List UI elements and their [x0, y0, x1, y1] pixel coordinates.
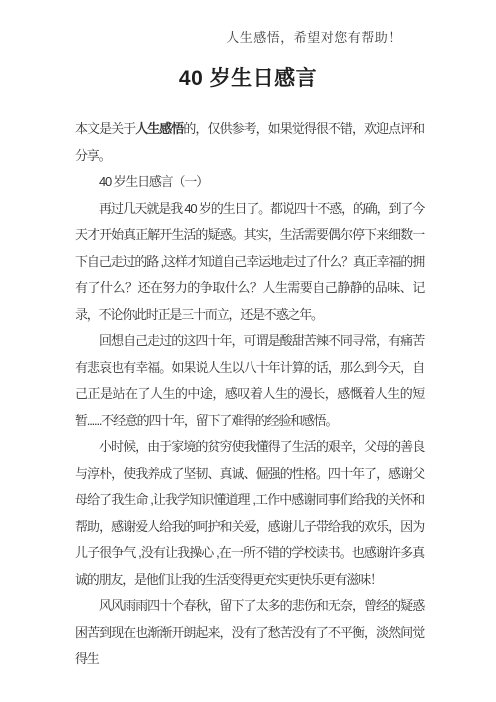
body-paragraph-1: 再过几天就是我 40 岁的生日了。都说四十不惑，的确，到了今天才开始真正解开生活…	[75, 196, 424, 329]
body-paragraph-3: 小时候，由于家境的贫穷使我懂得了生活的艰辛，父母的善良与淳朴，使我养成了坚韧、真…	[75, 434, 424, 593]
body-paragraph-4: 风风雨雨四十个春秋，留下了太多的悲伤和无奈，曾经的疑惑困苦到现在也渐渐开朗起来，…	[75, 593, 424, 673]
body-paragraph-2: 回想自己走过的这四十年，可谓是酸甜苦辣不同寻常，有痛苦有悲哀也有幸福。如果说人生…	[75, 328, 424, 434]
intro-bold-keyword: 人生感悟	[135, 121, 183, 136]
document-header-note: 人生感悟，希望对您有帮助！	[0, 0, 496, 45]
intro-paragraph: 本文是关于人生感悟的，仅供参考，如果觉得很不错，欢迎点评和分享。	[75, 116, 424, 169]
page-title: 40 岁生日感言	[0, 68, 496, 90]
document-body: 本文是关于人生感悟的，仅供参考，如果觉得很不错，欢迎点评和分享。 40 岁生日感…	[75, 116, 424, 673]
intro-prefix: 本文是关于	[75, 121, 135, 136]
document-page: 人生感悟，希望对您有帮助！ 40 岁生日感言 本文是关于人生感悟的，仅供参考，如…	[0, 0, 496, 702]
section-heading: 40 岁生日感言（一）	[75, 169, 424, 196]
